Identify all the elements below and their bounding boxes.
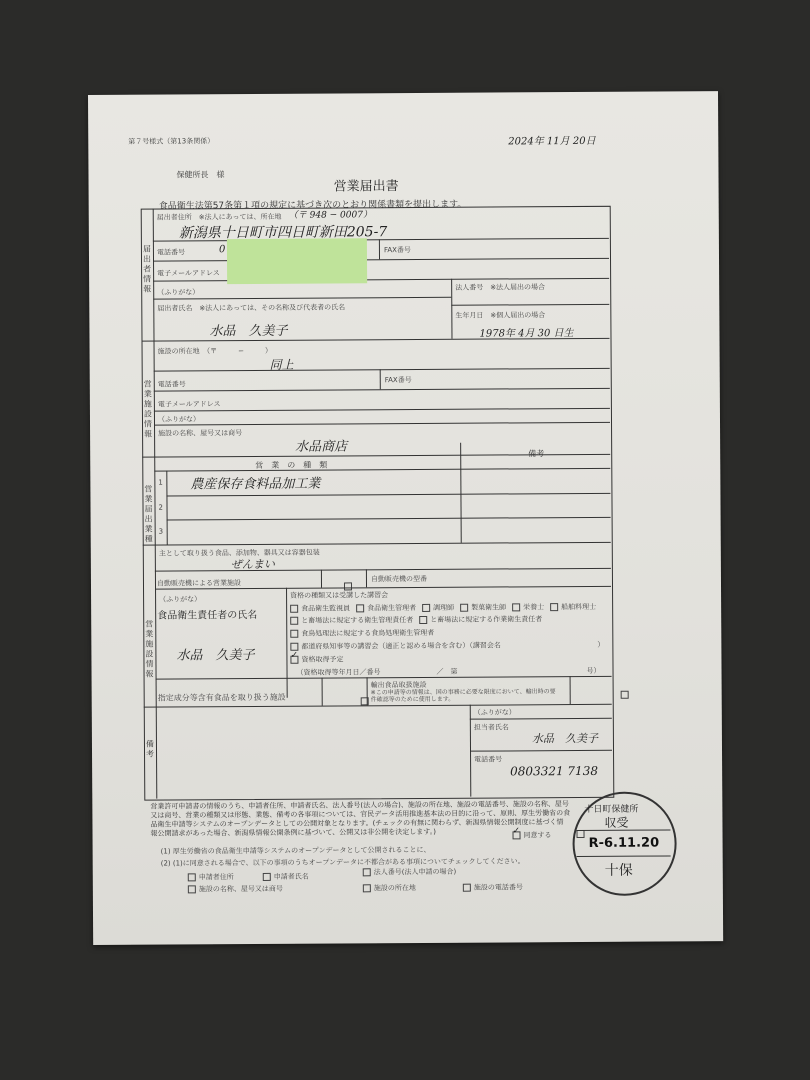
applicant-section-label: 届出者情報 [142,245,152,295]
contact-furigana-label: （ふりがな） [474,707,516,717]
applicant-name-value: 水品 久美子 [209,320,287,339]
disclosure-q2: (2) (1)に同意される場合で、以下の事項のうちオープンデータに不都合がある事… [161,856,525,868]
qual-planned: 資格取得予定 [290,654,343,664]
applicant-name-label: 届出者氏名 ※法人にあっては、その名称及び代表者の氏名 [157,302,345,313]
facility-fax-label: FAX番号 [385,375,412,385]
form-title: 営業届出書 [333,175,398,194]
receipt-stamp: 十日町保健所 収受 R-6.11.20 十保 [572,791,677,896]
business-remarks-header: 備考 [528,448,544,459]
qual-option[interactable]: と畜場法に規定する衛生管理責任者 [290,616,413,625]
qual-checkbox[interactable] [419,616,427,624]
applicant-furigana-label: （ふりがな） [157,287,199,297]
birthdate-label: 生年月日 ※個人届出の場合 [455,310,545,321]
applicant-phone-value: 0 [219,244,225,255]
qual-checkbox[interactable] [422,604,430,612]
business-row-number: 3 [159,528,164,536]
disclosure-option[interactable]: 施設の名称、屋号又は商号 [188,884,283,895]
disclosure-option[interactable]: 申請者氏名 [263,872,309,882]
contact-phone-label: 電話番号 [474,754,502,764]
remarks-section-label: 備考 [145,740,155,760]
applicant-phone-label: 電話番号 [157,247,185,257]
applicant-email-label: 電子メールアドレス [157,268,220,278]
qual-checkbox[interactable] [356,604,364,612]
facility-name-label: 施設の名称、屋号又は商号 [158,428,242,439]
contact-phone-value: 0803321 7138 [510,764,598,779]
export-note: ※この申請等の情報は、国の事務に必要な限度において、輸出時の要件確認等のために使… [371,688,561,703]
qual-option[interactable]: 栄養士 [512,603,544,611]
business-row-number: 1 [158,479,163,487]
export-checkbox[interactable] [621,690,629,698]
qual-checkbox[interactable] [290,605,298,613]
disclosure-option[interactable]: 法人番号(法人申請の場合) [363,867,457,878]
qual-row3: 食鳥処理法に規定する食鳥処理衛生管理者 [290,628,434,639]
qual-row4: 都道府県知事等の講習会（適正と認める場合を含む）（講習会名） [290,640,610,652]
qual-checkbox[interactable] [512,603,520,611]
manager-furigana-label: （ふりがな） [159,594,201,604]
facility-location-label: 施設の所在地 （〒 − ） [158,346,272,357]
redaction-patch [227,238,367,284]
corp-number-label: 法人番号 ※法人届出の場合 [455,282,545,293]
business-row-value: 農産保存食料品加工業 [190,473,320,493]
vending-model-label: 自動販売機の型番 [371,574,427,584]
agree-checkbox[interactable] [513,831,521,839]
agree-option[interactable]: 同意する [513,830,552,840]
manager-label: 食品衛生責任者の氏名 [157,606,257,622]
qual-row2: と畜場法に規定する衛生管理責任者と畜場法に規定する作業衛生責任者 [290,614,548,626]
vending-checkbox[interactable] [344,582,352,590]
qual-row1: 食品衛生監視員食品衛生管理者調理師製菓衛生師栄養士船舶料理士 [290,602,602,614]
qual-option[interactable]: 船舶料理士 [550,603,596,611]
disclosure-checkbox[interactable] [363,884,371,892]
disclosure-paragraph: 営業許可申請書の情報のうち、申請者住所、申請者氏名、法人番号(法人の場合)、施設… [150,800,570,839]
designated-label: 指定成分等含有食品を取り扱う施設 [158,692,286,704]
facility-phone-label: 電話番号 [158,379,186,389]
form-paper: 第７号様式（第13条関係） 2024年 11月 20日 保健所長 様 営業届出書… [88,91,723,945]
qual-planned-checkbox[interactable] [290,656,298,664]
disclosure-option[interactable]: 申請者住所 [188,872,234,882]
form-table [141,206,615,801]
facility-email-label: 電子メールアドレス [158,399,221,409]
vending-label: 自動販売機による営業施設 [157,578,241,589]
applicant-postal-code: （〒 948 − 0007） [289,207,372,221]
disclosure-checkbox[interactable] [188,873,196,881]
disclosure-checkbox[interactable] [263,873,271,881]
qual-checkbox[interactable] [290,617,298,625]
facility-name-value: 水品商店 [295,435,347,454]
disclosure-option[interactable]: 施設の所在地 [363,883,416,893]
disclosure-checkbox[interactable] [188,885,196,893]
qual-checkbox[interactable] [290,630,298,638]
business-row-number: 2 [158,503,163,511]
qual-header: 資格の種類又は受講した講習会 [290,590,388,601]
submission-date: 2024年 11月 20日 [508,132,595,148]
disclosure-checkbox[interactable] [463,884,471,892]
contact-name-value: 水品 久美子 [532,730,598,746]
qual-option[interactable]: 調理師 [422,604,454,612]
qual-checkbox[interactable] [550,603,558,611]
qual-option[interactable]: と畜場法に規定する作業衛生責任者 [419,615,542,624]
contact-name-label: 担当者氏名 [474,722,509,732]
facility-section-label: 営業施設情報 [143,380,153,440]
qual-option[interactable]: 食品衛生監視員 [290,604,350,612]
qual-option[interactable]: 製菓衛生師 [460,603,506,611]
facility-info-section-label: 営業施設情報 [144,620,154,680]
disclosure-option[interactable]: 施設の電話番号 [463,882,523,892]
qual-checkbox[interactable] [290,643,298,651]
facility-furigana-label: （ふりがな） [158,414,200,424]
form-number: 第７号様式（第13条関係） [128,136,214,147]
manager-value: 水品 久美子 [176,644,254,663]
disclosure-checkbox[interactable] [363,868,371,876]
addressee: 保健所長 様 [176,169,224,180]
stamp-date: R-6.11.20 [589,836,660,851]
disclosure-q1: (1) 厚生労働省の食品衛生申請等システムのオープンデータとして公開されることに… [161,845,431,857]
qual-checkbox[interactable] [460,604,468,612]
qual-option[interactable]: 食品衛生管理者 [356,604,416,612]
applicant-fax-label: FAX番号 [384,245,411,255]
business-section-label: 営業届出業種 [143,485,153,545]
